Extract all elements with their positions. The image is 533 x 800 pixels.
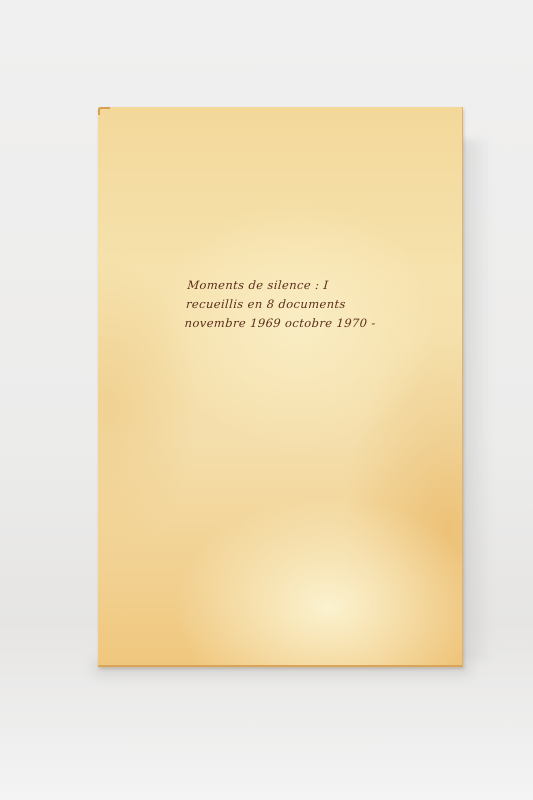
handwritten-inscription: Moments de silence : I recueillis en 8 d… (184, 276, 379, 333)
corner-wear-mark (98, 107, 110, 115)
inscription-line-contents: recueillis en 8 documents (185, 295, 377, 314)
board (98, 107, 463, 667)
inscription-line-dates: novembre 1969 octobre 1970 - (184, 314, 376, 333)
inscription-line-title: Moments de silence : I (187, 276, 379, 295)
